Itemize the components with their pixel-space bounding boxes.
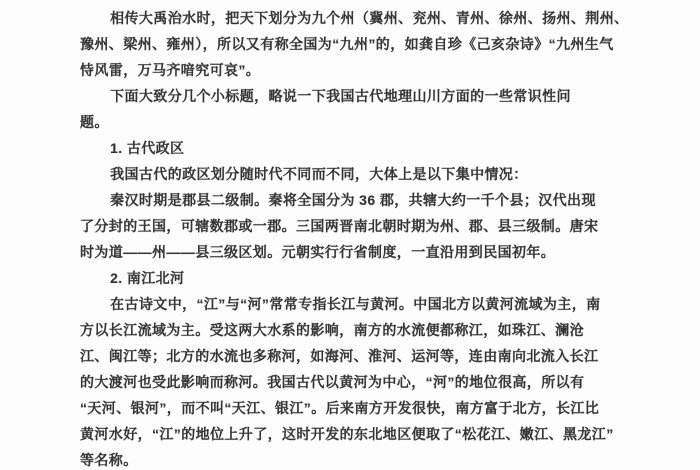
text-line: 题。 [80, 109, 640, 135]
text-line: 恃风雷，万马齐喑究可哀”。 [80, 57, 640, 83]
paragraph-intro: 下面大致分几个小标题，略说一下我国古代地理山川方面的一些常识性问题。 [80, 83, 640, 135]
text-line: 在古诗文中，“江”与“河”常常专指长江与黄河。中国北方以黄河流域为主，南 [80, 291, 640, 317]
text-line: 豫州、梁州、雍州），所以又有称全国为“九州”的，如龚自珍《己亥杂诗》“九州生气 [80, 31, 640, 57]
text-block: 国。相传大禹治水时，把天下划分为九个州（冀州、兖州、青州、徐州、扬州、荆州、豫州… [80, 0, 640, 470]
text-line: 时为道——州——县三级区划。元朝实行行省制度，一直沿用到民国初年。 [80, 239, 640, 265]
text-line: 方以长江流域为主。受这两大水系的影响，南方的水流便都称江，如珠江、澜沧 [80, 317, 640, 343]
text-line: 2. 南江北河 [80, 265, 640, 291]
text-line: “天河、银河”，而不叫“天江、银江”。后来南方开发很快，南方富于北方，长江比 [80, 395, 640, 421]
text-line: 我国古代的政区划分随时代不同而不同，大体上是以下集中情况： [80, 161, 640, 187]
text-line: 1. 古代政区 [80, 135, 640, 161]
paragraph-admin-history: 秦汉时期是郡县二级制。秦将全国分为 36 郡，共辖大约一千个县；汉代出现了分封的… [80, 187, 640, 265]
text-line: 下面大致分几个小标题，略说一下我国古代地理山川方面的一些常识性问 [80, 83, 640, 109]
text-line: 黄河水好，“江”的地位上升了，这时开发的东北地区便取了“松花江、嫩江、黑龙江” [80, 421, 640, 447]
text-line: 了分封的王国，可辖数郡或一郡。三国两晋南北朝时期为州、郡、县三级制。唐宋 [80, 213, 640, 239]
paragraph-nine-provinces: 相传大禹治水时，把天下划分为九个州（冀州、兖州、青州、徐州、扬州、荆州、豫州、梁… [80, 5, 640, 83]
text-line: 相传大禹治水时，把天下划分为九个州（冀州、兖州、青州、徐州、扬州、荆州、 [80, 5, 640, 31]
text-line: 江、闽江等；北方的水流也多称河，如海河、淮河、运河等，连由南向北流入长江 [80, 343, 640, 369]
paragraph-admin-intro: 我国古代的政区划分随时代不同而不同，大体上是以下集中情况： [80, 161, 640, 187]
document-page: 国。相传大禹治水时，把天下划分为九个州（冀州、兖州、青州、徐州、扬州、荆州、豫州… [0, 0, 700, 470]
text-line: 秦汉时期是郡县二级制。秦将全国分为 36 郡，共辖大约一千个县；汉代出现 [80, 187, 640, 213]
heading-2-south-jiang-north-he: 2. 南江北河 [80, 265, 640, 291]
paragraph-rivers: 在古诗文中，“江”与“河”常常专指长江与黄河。中国北方以黄河流域为主，南方以长江… [80, 291, 640, 470]
text-line: 的大渡河也受此影响而称河。我国古代以黄河为中心，“河”的地位很高，所以有 [80, 369, 640, 395]
heading-1-ancient-administrative-regions: 1. 古代政区 [80, 135, 640, 161]
text-line: 等名称。 [80, 447, 640, 470]
